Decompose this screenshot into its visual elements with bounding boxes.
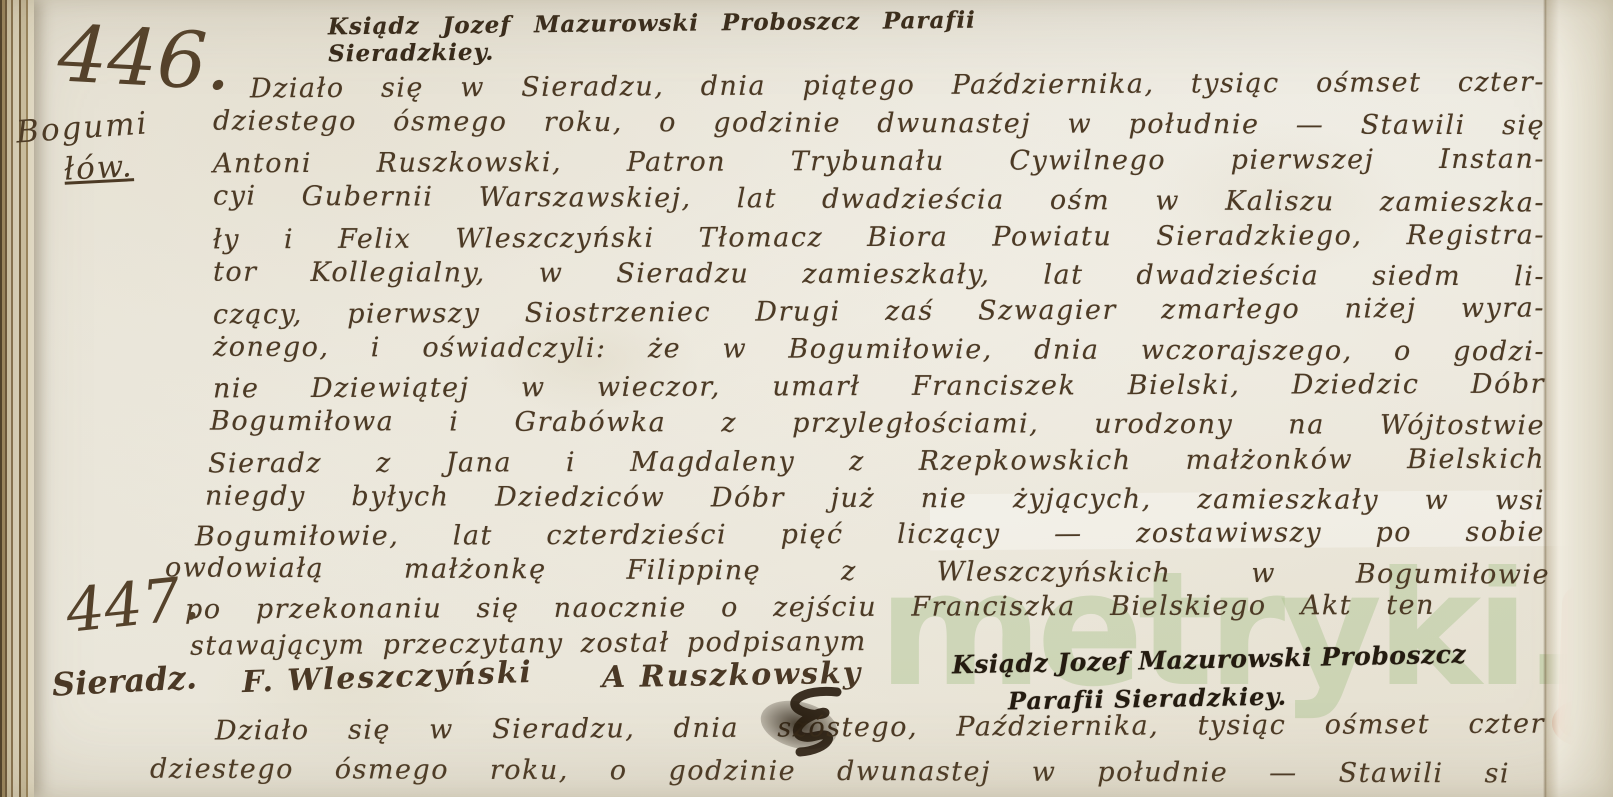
signature-place: Sieradz. [51,658,198,704]
signature-wleszczynski: F. Wleszczyński [241,655,533,700]
record-line: tor Kollegialny, w Sieradzu zamieszkały,… [213,257,1545,293]
record-line: dziestego ósmego roku, o godzinie dwunas… [150,754,1510,790]
record-line: owdowiałą małżonkę Filippinę z Wleszczyń… [165,552,1550,590]
record-line: Sieradz z Jana i Magdaleny z Rzepkowskic… [208,444,1545,480]
record-line: niegdy byłych Dziedziców Dóbr już nie ży… [205,481,1545,517]
margin-place-name: łów. [63,148,134,188]
margin-place-name: Bogumi [15,105,150,150]
record-line: czący, pierwszy Siostrzeniec Drugi zaś S… [213,293,1545,331]
page-right-edge [1545,0,1613,797]
register-page-scan: metryki.genea Ksiądz Jozef Mazurowski Pr… [0,0,1613,797]
record-line: stawającym przeczytany został podpisanym [190,625,990,662]
record-line: nie Dziewiątej w wieczor, umarł Francisz… [213,369,1545,405]
record-line: Działo się w Sieradzu, dnia piątego Paźd… [250,67,1545,105]
record-line: ły i Felix Wleszczyński Tłomacz Biora Po… [213,220,1545,256]
record-line: Bogumiłowie, lat czterdzieści pięć liczą… [195,517,1545,553]
record-line: żonego, i oświadczyli: że w Bogumiłowie,… [213,332,1545,368]
record-line: dziestego ósmego roku, o godzinie dwunas… [213,106,1545,142]
header-priest-note: Ksiądz Jozef Mazurowski Proboszcz Parafi… [328,7,977,68]
record-line: po przekonaniu się naocznie o zejściu Fr… [185,590,1435,625]
record-line: Antoni Ruszkowski, Patron Trybunału Cywi… [213,144,1545,180]
record-line: Działo się w Sieradzu, dnia szóstego, Pa… [215,709,1545,747]
record-line: cyi Gubernii Warszawskiej, lat dwadzieśc… [213,181,1545,219]
record-line: Bogumiłowa i Grabówka z przyległościami,… [210,406,1545,442]
margin-act-number-446: 446. [56,10,234,109]
margin-act-number-447: 447. [63,563,203,647]
